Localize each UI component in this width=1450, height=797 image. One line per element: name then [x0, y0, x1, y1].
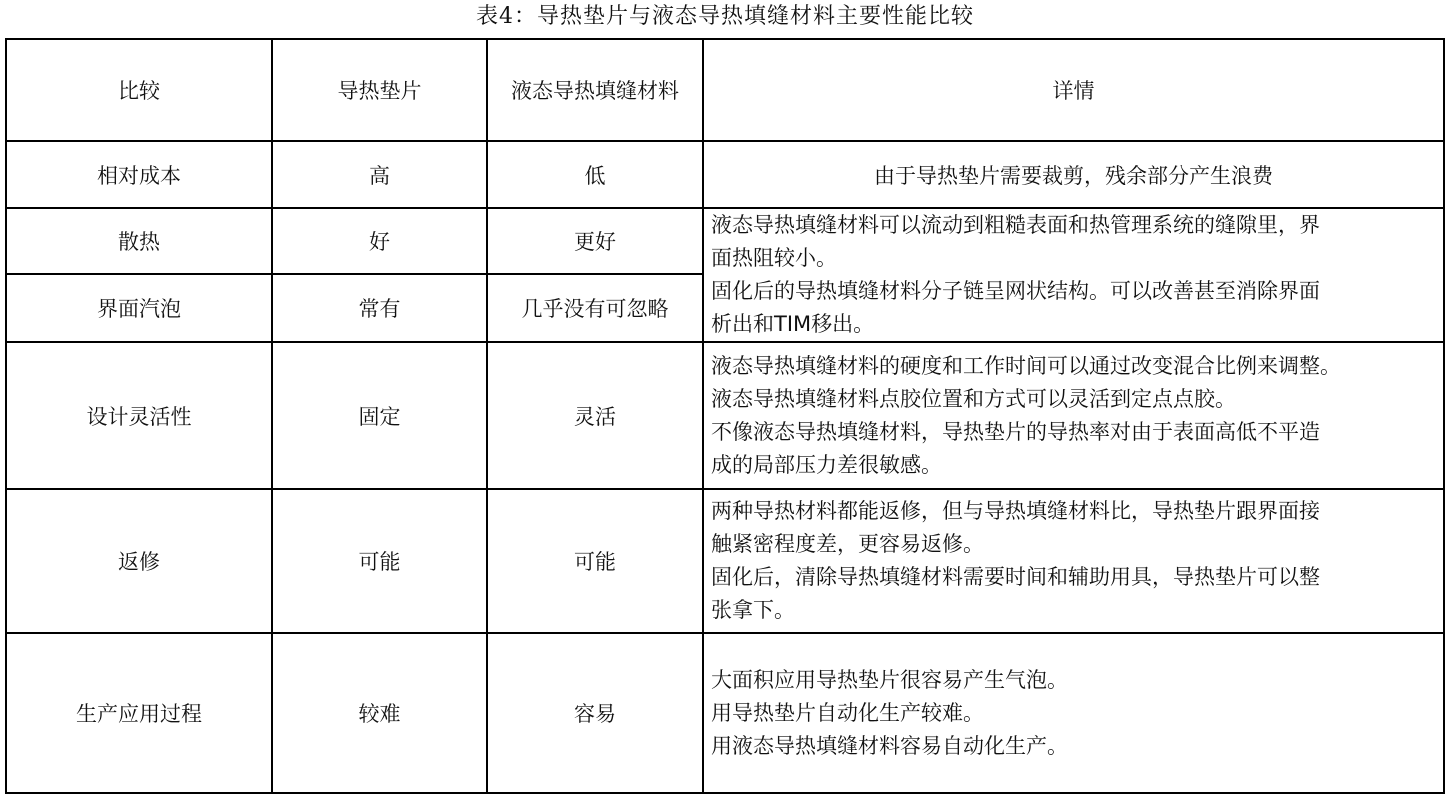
row-item: 界面汽泡	[6, 274, 272, 342]
details-line: 两种导热材料都能返修，但与导热填缝材料比，导热垫片跟界面接	[711, 495, 1439, 528]
header-details: 详情	[703, 39, 1444, 141]
details-line: 成的局部压力差很敏感。	[711, 449, 1439, 482]
details-cell: 两种导热材料都能返修，但与导热填缝材料比，导热垫片跟界面接 触紧密程度差，更容易…	[703, 489, 1444, 633]
table-row: 相对成本 高 低 由于导热垫片需要裁剪，残余部分产生浪费	[6, 141, 1444, 208]
details-line: 张拿下。	[711, 594, 1439, 627]
row-item: 设计灵活性	[6, 342, 272, 489]
details-line: 液态导热填缝材料可以流动到粗糙表面和热管理系统的缝隙里，界	[711, 209, 1439, 242]
table-row: 生产应用过程 较难 容易 大面积应用导热垫片很容易产生气泡。 用导热垫片自动化生…	[6, 633, 1444, 793]
header-compare: 比较	[6, 39, 272, 141]
comparison-table: 比较 导热垫片 液态导热填缝材料 详情 相对成本 高 低 由于导热垫片需要裁剪，…	[5, 38, 1445, 794]
details-cell: 由于导热垫片需要裁剪，残余部分产生浪费	[703, 141, 1444, 208]
details-cell: 大面积应用导热垫片很容易产生气泡。 用导热垫片自动化生产较难。 用液态导热填缝材…	[703, 633, 1444, 793]
pad-value: 好	[272, 208, 487, 274]
row-item: 生产应用过程	[6, 633, 272, 793]
liquid-value: 可能	[487, 489, 703, 633]
row-item: 相对成本	[6, 141, 272, 208]
header-liquid-gap-filler: 液态导热填缝材料	[487, 39, 703, 141]
pad-value: 固定	[272, 342, 487, 489]
details-line: 触紧密程度差，更容易返修。	[711, 528, 1439, 561]
liquid-value: 低	[487, 141, 703, 208]
details-line: 液态导热填缝材料的硬度和工作时间可以通过改变混合比例来调整。	[711, 350, 1439, 383]
liquid-value: 容易	[487, 633, 703, 793]
liquid-value: 几乎没有可忽略	[487, 274, 703, 342]
table-row: 散热 好 更好 液态导热填缝材料可以流动到粗糙表面和热管理系统的缝隙里，界 面热…	[6, 208, 1444, 274]
table-row: 设计灵活性 固定 灵活 液态导热填缝材料的硬度和工作时间可以通过改变混合比例来调…	[6, 342, 1444, 489]
table-header-row: 比较 导热垫片 液态导热填缝材料 详情	[6, 39, 1444, 141]
pad-value: 较难	[272, 633, 487, 793]
pad-value: 高	[272, 141, 487, 208]
details-line: 析出和TIM移出。	[711, 308, 1439, 341]
details-line: 固化后，清除导热填缝材料需要时间和辅助用具，导热垫片可以整	[711, 561, 1439, 594]
details-line: 面热阻较小。	[711, 242, 1439, 275]
pad-value: 常有	[272, 274, 487, 342]
details-line: 液态导热填缝材料点胶位置和方式可以灵活到定点点胶。	[711, 383, 1439, 416]
liquid-value: 更好	[487, 208, 703, 274]
pad-value: 可能	[272, 489, 487, 633]
details-line: 固化后的导热填缝材料分子链呈网状结构。可以改善甚至消除界面	[711, 275, 1439, 308]
details-line: 用液态导热填缝材料容易自动化生产。	[711, 730, 1439, 763]
details-line: 不像液态导热填缝材料，导热垫片的导热率对由于表面高低不平造	[711, 416, 1439, 449]
details-line: 大面积应用导热垫片很容易产生气泡。	[711, 664, 1439, 697]
details-line: 用导热垫片自动化生产较难。	[711, 697, 1439, 730]
header-thermal-pad: 导热垫片	[272, 39, 487, 141]
table-row: 返修 可能 可能 两种导热材料都能返修，但与导热填缝材料比，导热垫片跟界面接 触…	[6, 489, 1444, 633]
row-item: 返修	[6, 489, 272, 633]
row-item: 散热	[6, 208, 272, 274]
details-cell: 液态导热填缝材料可以流动到粗糙表面和热管理系统的缝隙里，界 面热阻较小。 固化后…	[703, 208, 1444, 342]
liquid-value: 灵活	[487, 342, 703, 489]
table-caption: 表4：导热垫片与液态导热填缝材料主要性能比较	[0, 2, 1450, 32]
details-cell: 液态导热填缝材料的硬度和工作时间可以通过改变混合比例来调整。 液态导热填缝材料点…	[703, 342, 1444, 489]
